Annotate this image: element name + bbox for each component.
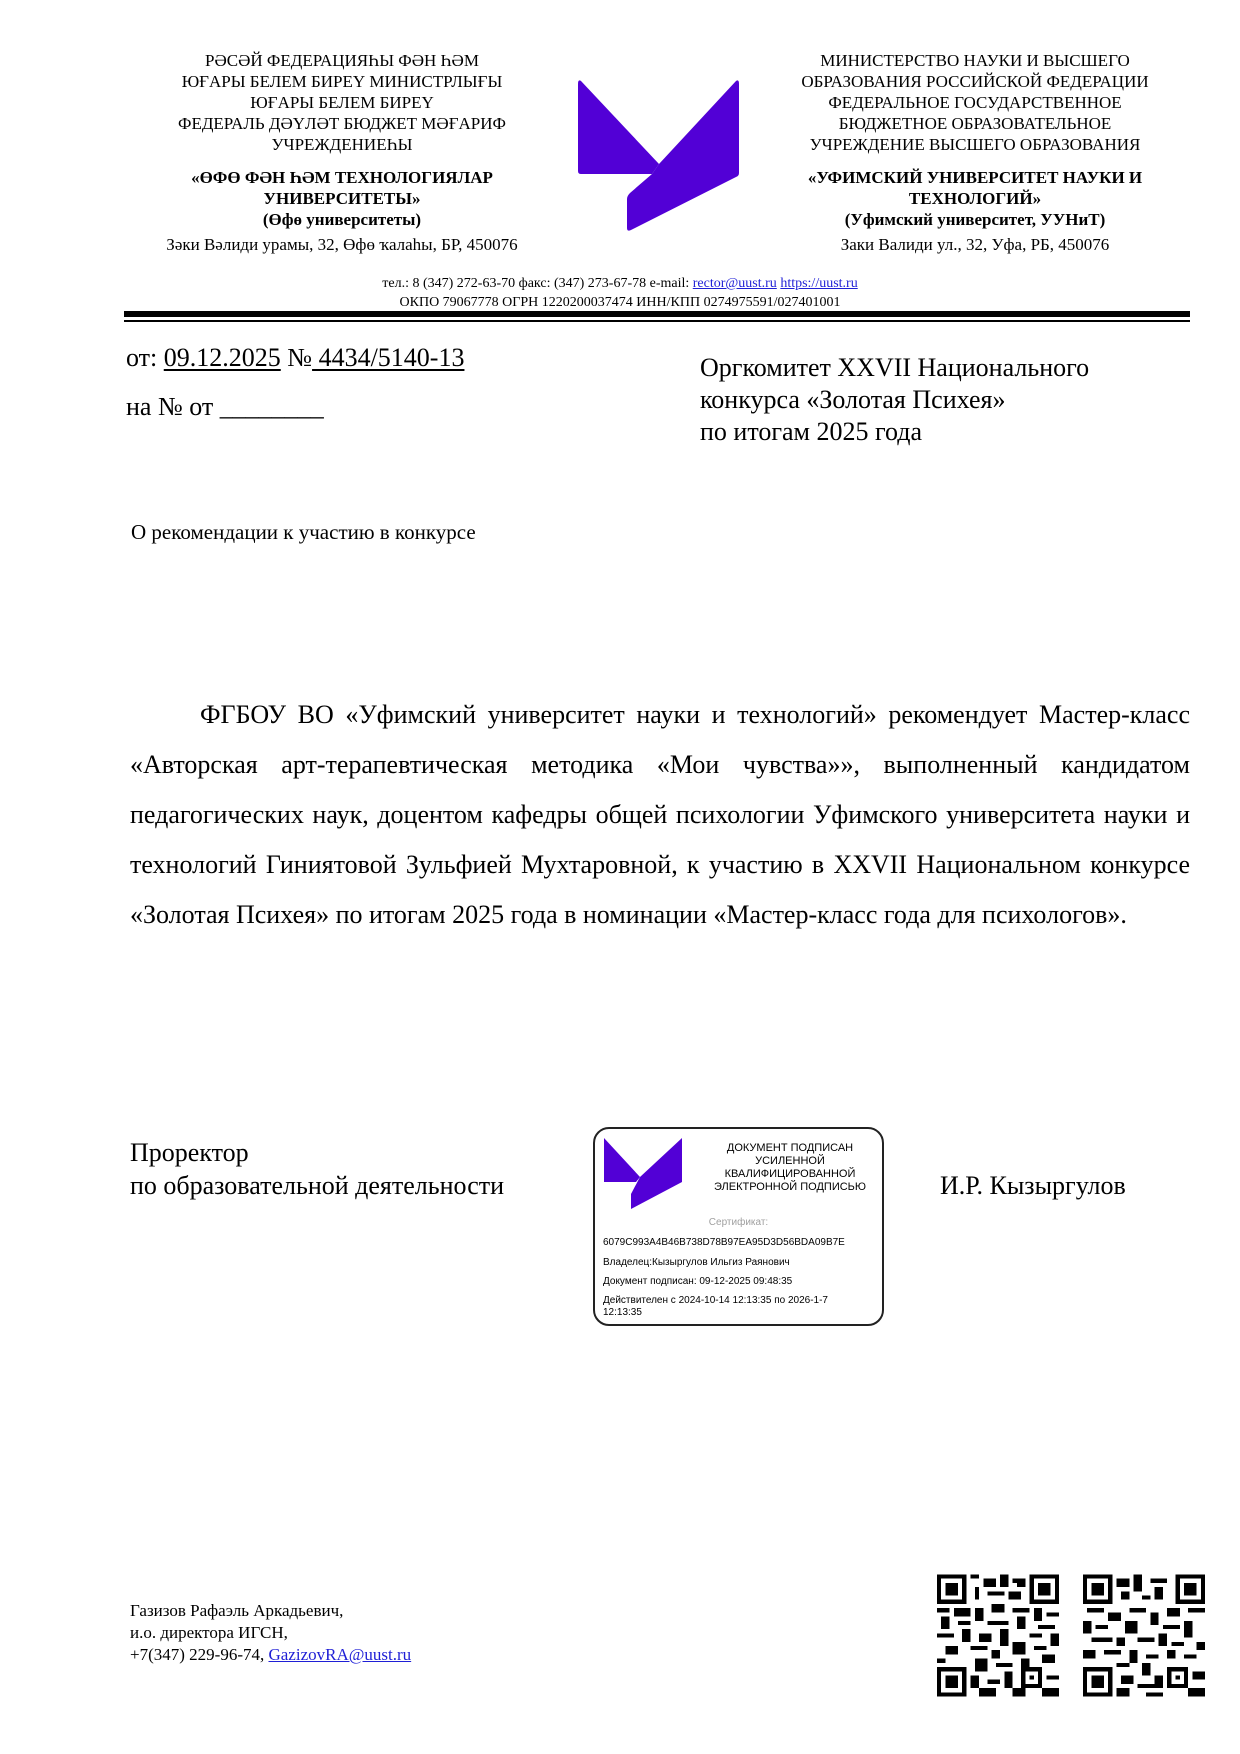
stamp-title-line: ЭЛЕКТРОННОЙ ПОДПИСЬЮ [705,1181,875,1194]
stamp-title-line: УСИЛЕННОЙ [705,1155,875,1168]
document-number: 4434/5140-13 [312,343,464,372]
addressee: Оргкомитет XXVII Национального конкурса … [700,352,1180,448]
header-left-address: Зәки Вәлиди урамы, 32, Өфө ҡалаһы, БР, 4… [132,234,552,255]
addressee-line: конкурса «Золотая Психея» [700,384,1180,416]
executor-title: и.о. директора ИГСН, [130,1622,411,1644]
header-divider-thin [124,320,1190,322]
header-left-short-name: (Өфө университеты) [132,209,552,230]
header-left-university-name: «ӨФӨ ФӘН ҺӘМ ТЕХНОЛОГИЯЛАР [132,167,552,188]
header-left-line: УЧРЕЖДЕНИЕҺЫ [132,134,552,155]
executor-name: Газизов Рафаэль Аркадьевич, [130,1600,411,1622]
electronic-signature-stamp: ДОКУМЕНТ ПОДПИСАН УСИЛЕННОЙ КВАЛИФИЦИРОВ… [593,1127,884,1326]
executor-contacts: +7(347) 229-96-74, GazizovRA@uust.ru [130,1644,411,1666]
reply-registration: на № от ________ [126,390,324,424]
stamp-title-line: КВАЛИФИЦИРОВАННОЙ [705,1168,875,1181]
executor-email-link[interactable]: GazizovRA@uust.ru [268,1645,411,1664]
logo-icon [575,78,745,234]
subject-line: О рекомендации к участию в конкурсе [131,520,476,545]
header-right-university-name: ТЕХНОЛОГИЙ» [762,188,1188,209]
header-left-line: ЮҒАРЫ БЕЛЕМ БИРЕҮ МИНИСТРЛЫҒЫ [132,71,552,92]
header-right-block: МИНИСТЕРСТВО НАУКИ И ВЫСШЕГО ОБРАЗОВАНИЯ… [762,50,1188,255]
header-left-line: ЮҒАРЫ БЕЛЕМ БИРЕҮ [132,92,552,113]
from-label: от: [126,343,164,372]
header-right-line: МИНИСТЕРСТВО НАУКИ И ВЫСШЕГО [762,50,1188,71]
outgoing-registration: от: 09.12.2025 № 4434/5140-13 [126,341,464,375]
reply-label: на № от [126,392,220,421]
validity-period: Действителен с 2024-10-14 12:13:35 по 20… [603,1295,828,1307]
letter-body: ФГБОУ ВО «Уфимский университет науки и т… [130,690,1190,940]
header-contacts: тел.: 8 (347) 272-63-70 факс: (347) 273-… [0,274,1240,293]
header-right-short-name: (Уфимский университет, УУНиТ) [762,209,1188,230]
header-right-line: УЧРЕЖДЕНИЕ ВЫСШЕГО ОБРАЗОВАНИЯ [762,134,1188,155]
header-left-line: РӘСӘЙ ФЕДЕРАЦИЯҺЫ ФӘН ҺӘМ [132,50,552,71]
header-right-line: ОБРАЗОВАНИЯ РОССИЙСКОЙ ФЕДЕРАЦИИ [762,71,1188,92]
addressee-line: по итогам 2025 года [700,416,1180,448]
stamp-title-line: ДОКУМЕНТ ПОДПИСАН [705,1142,875,1155]
number-label: № [281,343,312,372]
signer-position: Проректор по образовательной деятельност… [130,1136,504,1202]
stamp-title: ДОКУМЕНТ ПОДПИСАН УСИЛЕННОЙ КВАЛИФИЦИРОВ… [705,1142,875,1194]
certificate-label: Сертификат: [595,1217,882,1228]
certificate-owner: Владелец:Кызыргулов Ильгиз Раянович [603,1257,790,1269]
qr-code-icon [937,1574,1059,1697]
header-divider-thick [124,311,1190,317]
addressee-line: Оргкомитет XXVII Национального [700,352,1180,384]
signer-name: И.Р. Кызыргулов [940,1169,1126,1202]
certificate-serial: 6079C993A4B46B738D78B97EA95D3D56BDA09B7E [603,1237,845,1249]
header-right-line: ФЕДЕРАЛЬНОЕ ГОСУДАРСТВЕННОЕ [762,92,1188,113]
website-link[interactable]: https://uust.ru [780,276,857,291]
qr-code-2 [1083,1574,1205,1697]
uust-logo [575,78,745,234]
reply-blank: ________ [220,392,324,421]
signed-at: Документ подписан: 09-12-2025 09:48:35 [603,1276,792,1288]
validity-period-end-time: 12:13:35 [603,1307,642,1319]
header-left-university-name: УНИВЕРСИТЕТЫ» [132,188,552,209]
stamp-logo-icon [603,1137,683,1209]
header-left-line: ФЕДЕРАЛЬ ДӘҮЛӘТ БЮДЖЕТ МӘҒАРИФ [132,113,552,134]
signer-position-line: по образовательной деятельности [130,1169,504,1202]
header-right-line: БЮДЖЕТНОЕ ОБРАЗОВАТЕЛЬНОЕ [762,113,1188,134]
header-right-address: Заки Валиди ул., 32, Уфа, РБ, 450076 [762,234,1188,255]
executor-phone: +7(347) 229-96-74, [130,1645,268,1664]
signer-position-line: Проректор [130,1136,504,1169]
qr-code-icon [1083,1574,1205,1697]
rector-email-link[interactable]: rector@uust.ru [693,276,777,291]
document-date: 09.12.2025 [164,343,281,372]
qr-code-1 [937,1574,1059,1697]
executor-info: Газизов Рафаэль Аркадьевич, и.о. директо… [130,1600,411,1666]
header-registry: ОКПО 79067778 ОГРН 1220200037474 ИНН/КПП… [0,293,1240,312]
header-right-university-name: «УФИМСКИЙ УНИВЕРСИТЕТ НАУКИ И [762,167,1188,188]
header-left-block: РӘСӘЙ ФЕДЕРАЦИЯҺЫ ФӘН ҺӘМ ЮҒАРЫ БЕЛЕМ БИ… [132,50,552,255]
phone-fax-text: тел.: 8 (347) 272-63-70 факс: (347) 273-… [382,276,693,291]
